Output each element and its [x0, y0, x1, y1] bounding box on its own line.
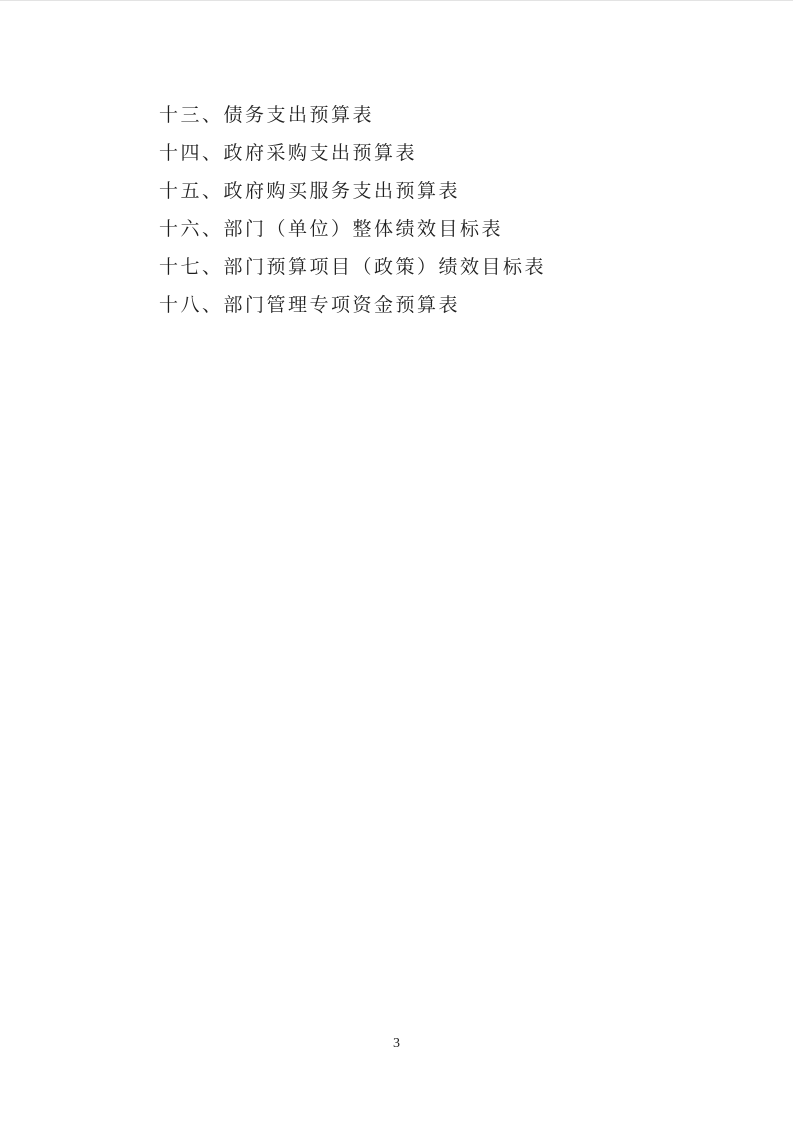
toc-item: 十五、政府购买服务支出预算表 — [159, 173, 546, 211]
toc-item: 十七、部门预算项目（政策）绩效目标表 — [159, 249, 546, 287]
toc-list: 十三、债务支出预算表 十四、政府采购支出预算表 十五、政府购买服务支出预算表 十… — [159, 97, 546, 325]
toc-item: 十三、债务支出预算表 — [159, 97, 546, 135]
page-number: 3 — [0, 1036, 793, 1052]
toc-item: 十四、政府采购支出预算表 — [159, 135, 546, 173]
toc-item: 十八、部门管理专项资金预算表 — [159, 287, 546, 325]
document-page: 十三、债务支出预算表 十四、政府采购支出预算表 十五、政府购买服务支出预算表 十… — [0, 0, 793, 1122]
toc-item: 十六、部门（单位）整体绩效目标表 — [159, 211, 546, 249]
